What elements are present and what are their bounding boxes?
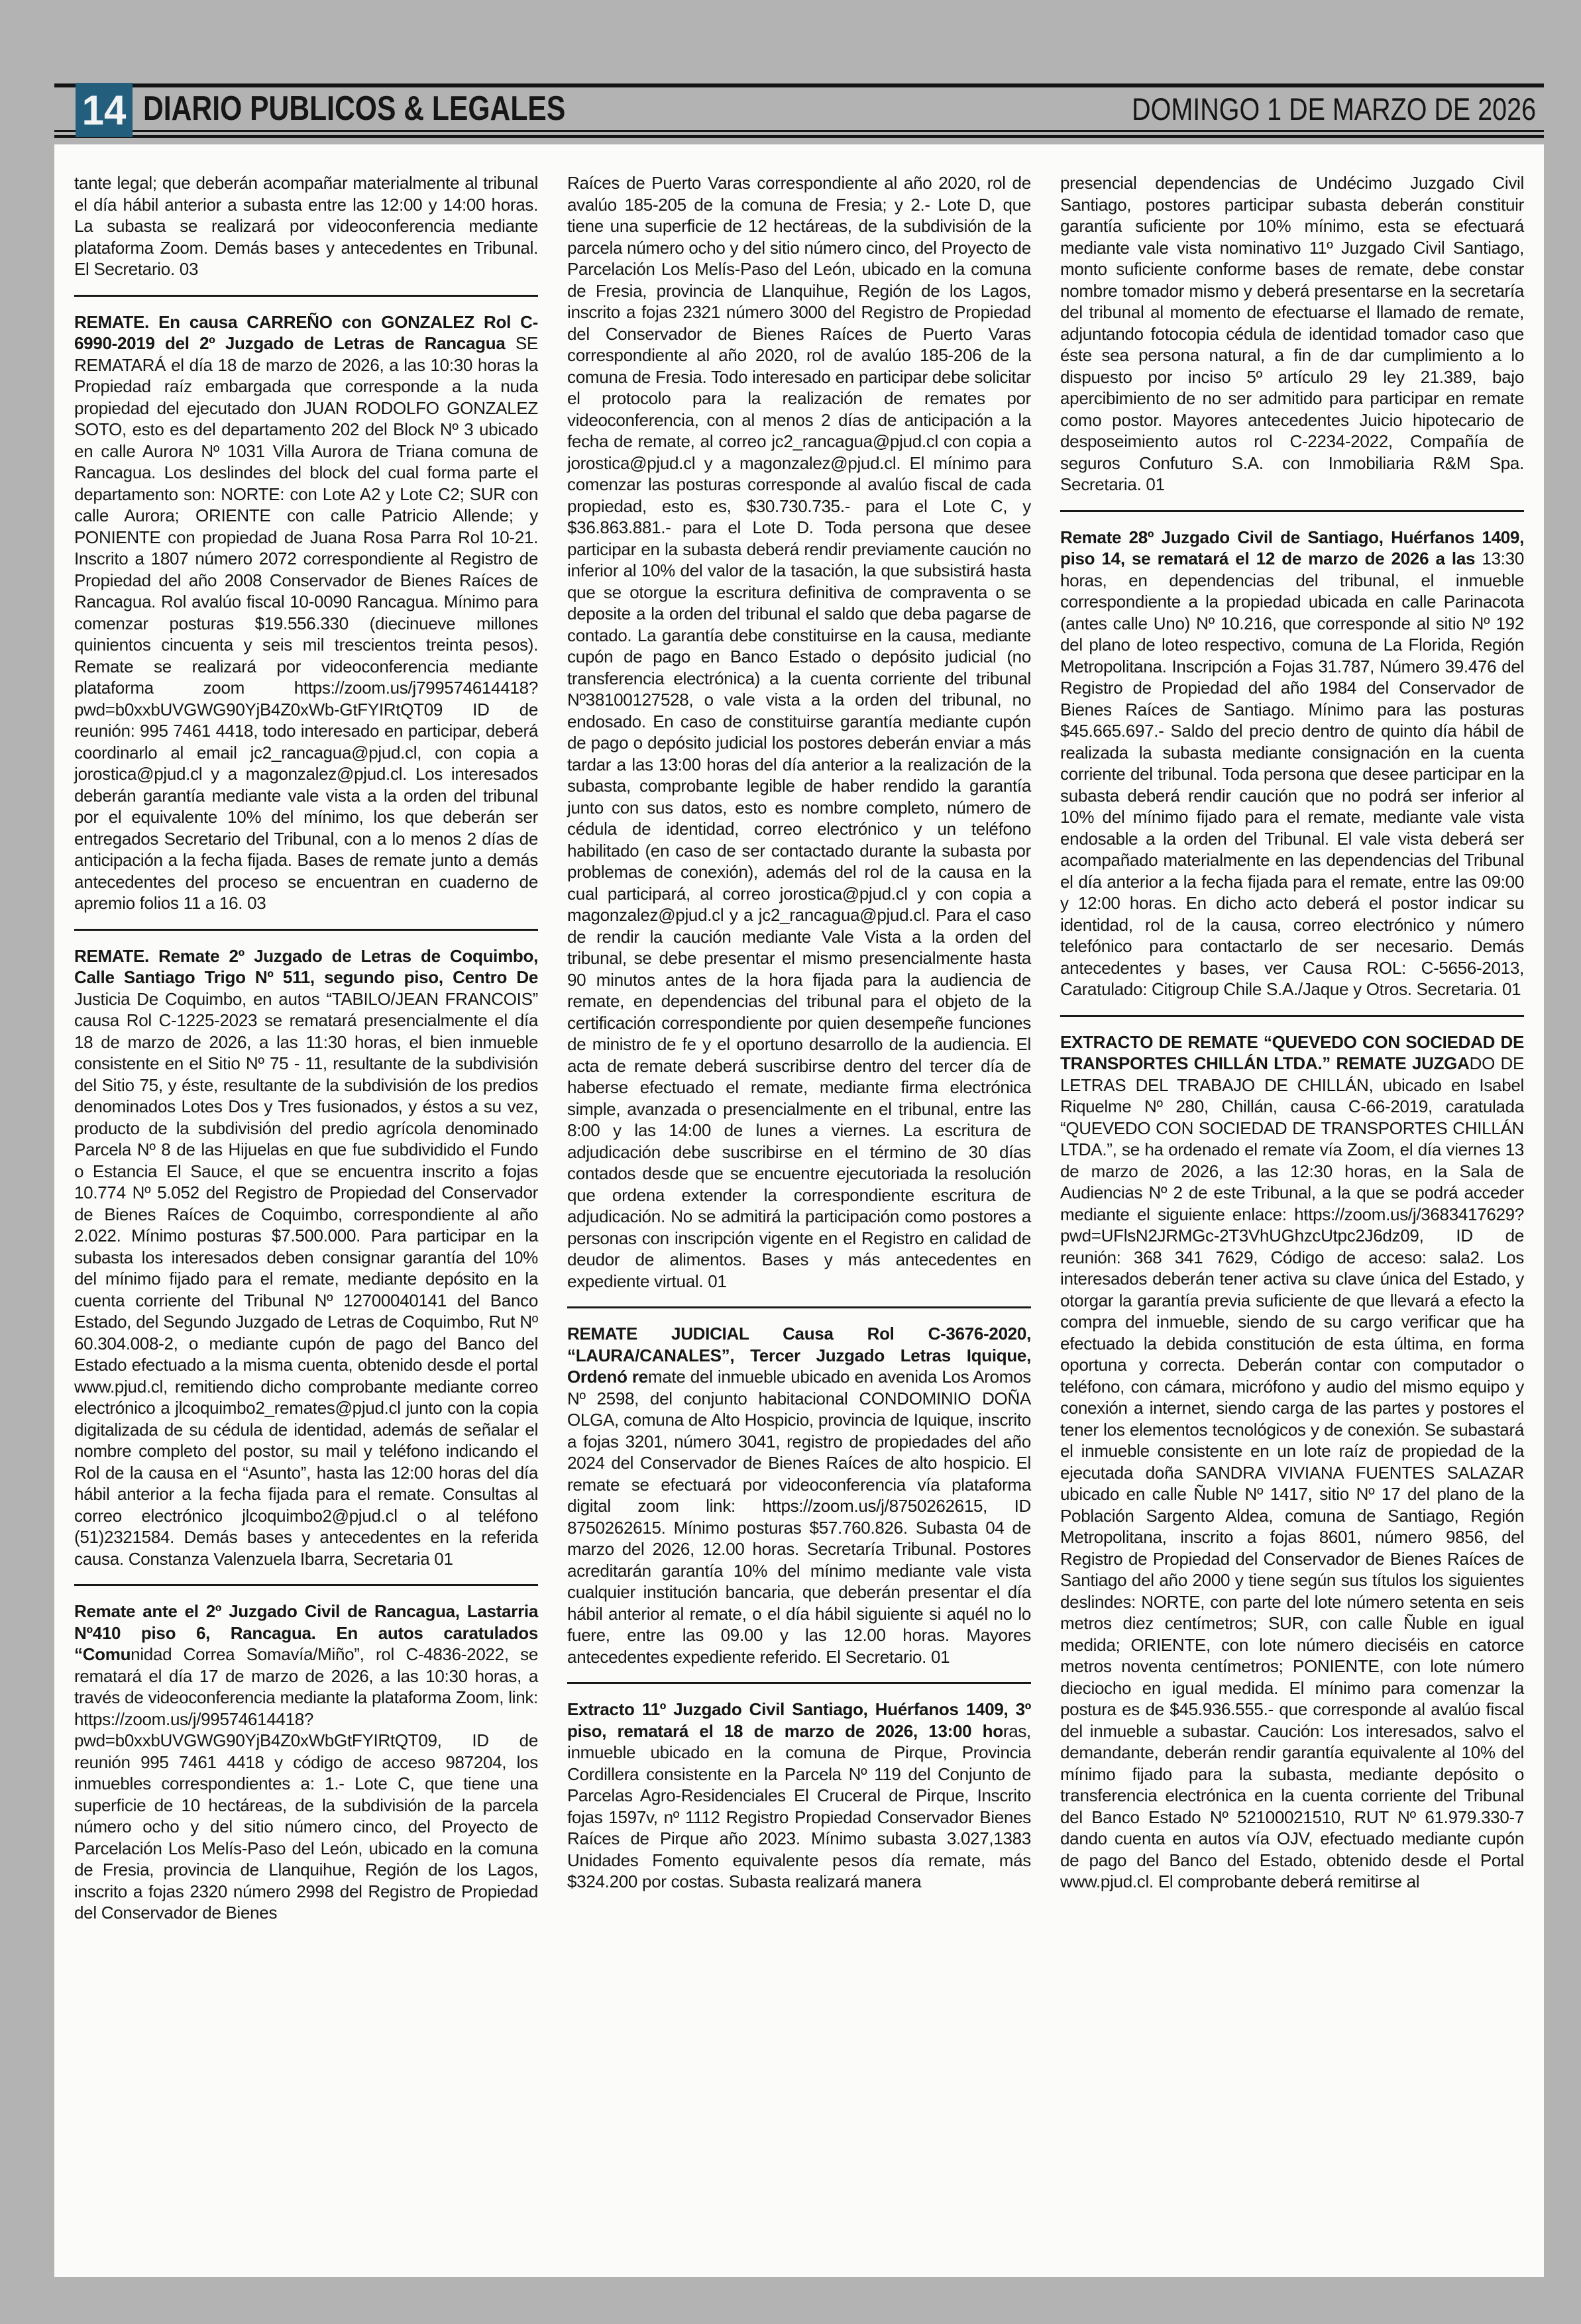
newspaper-title: DIARIO PUBLICOS & LEGALES: [143, 89, 565, 129]
notice-body-run: Raíces de Puerto Varas correspondiente a…: [567, 173, 1031, 1291]
notice-body-run: presencial dependencias de Undécimo Juzg…: [1060, 173, 1524, 494]
page-number: 14: [82, 86, 127, 134]
notice-remate-judicial-laura-canales: REMATE JUDICIAL Causa Rol C-3676-2020, “…: [567, 1323, 1031, 1667]
notice-continuation-undecimo-juzgado: presencial dependencias de Undécimo Juzg…: [1060, 172, 1524, 496]
notice-text: Remate ante el 2º Juzgado Civil de Ranca…: [74, 1601, 538, 1924]
notice-body-run: nidad Correa Somavía/Miño”, rol C-4836-2…: [74, 1644, 538, 1923]
notice-text: Remate 28º Juzgado Civil de Santiago, Hu…: [1060, 527, 1524, 1000]
notice-continuation-secretario-03: tante legal; que deberán acompañar mater…: [74, 172, 538, 280]
column-2: Raíces de Puerto Varas correspondiente a…: [567, 172, 1031, 1924]
notice-separator: [1060, 510, 1524, 512]
notice-separator: [74, 295, 538, 297]
notice-separator: [74, 1584, 538, 1586]
page-date: DOMINGO 1 DE MARZO DE 2026: [1132, 91, 1536, 127]
notice-text: REMATE. En causa CARREÑO con GONZALEZ Ro…: [74, 311, 538, 914]
page-header: 14 DIARIO PUBLICOS & LEGALES DOMINGO 1 D…: [54, 83, 1544, 138]
notice-separator: [74, 929, 538, 931]
notice-text: presencial dependencias de Undécimo Juzg…: [1060, 172, 1524, 496]
notice-lead-bold: REMATE. Remate 2º Juzgado de Letras de C…: [74, 946, 538, 988]
notice-body-run: 13:30 horas, en dependencias del tribuna…: [1060, 549, 1524, 999]
notice-body-run: ras, inmueble ubicado en la comuna de Pi…: [567, 1721, 1031, 1892]
notice-body-run: mate del inmueble ubicado en avenida Los…: [567, 1367, 1031, 1667]
notice-extracto-quevedo-chillan: EXTRACTO DE REMATE “QUEVEDO CON SOCIEDAD…: [1060, 1031, 1524, 1893]
notice-text: REMATE. Remate 2º Juzgado de Letras de C…: [74, 945, 538, 1570]
notice-remate-rancagua-comunidad-correa: Remate ante el 2º Juzgado Civil de Ranca…: [74, 1601, 538, 1924]
notice-separator: [567, 1682, 1031, 1684]
notice-separator: [1060, 1015, 1524, 1017]
notice-lead-bold: Remate 28º Juzgado Civil de Santiago, Hu…: [1060, 527, 1524, 569]
notice-separator: [567, 1306, 1031, 1308]
header-bar: 14 DIARIO PUBLICOS & LEGALES DOMINGO 1 D…: [54, 83, 1544, 132]
notice-body-run: DO DE LETRAS DEL TRABAJO DE CHILLÁN, ubi…: [1060, 1053, 1524, 1891]
page-number-box: 14: [76, 83, 133, 137]
notice-text: EXTRACTO DE REMATE “QUEVEDO CON SOCIEDAD…: [1060, 1031, 1524, 1893]
newspaper-page: 14 DIARIO PUBLICOS & LEGALES DOMINGO 1 D…: [0, 0, 1581, 2324]
notice-text: REMATE JUDICIAL Causa Rol C-3676-2020, “…: [567, 1323, 1031, 1667]
notice-text: Raíces de Puerto Varas correspondiente a…: [567, 172, 1031, 1292]
notice-extracto-11-juzgado-pirque: Extracto 11º Juzgado Civil Santiago, Hué…: [567, 1699, 1031, 1893]
notice-remate-28-juzgado-parinacota: Remate 28º Juzgado Civil de Santiago, Hu…: [1060, 527, 1524, 1000]
header-rule: [54, 135, 1544, 138]
notice-lead-bold: EXTRACTO DE REMATE “QUEVEDO CON SOCIEDAD…: [1060, 1032, 1524, 1074]
notice-remate-coquimbo-tabilo: REMATE. Remate 2º Juzgado de Letras de C…: [74, 945, 538, 1570]
legal-notices-paper: tante legal; que deberán acompañar mater…: [54, 144, 1544, 2277]
notice-body-run: SE REMATARÁ el día 18 de marzo de 2026, …: [74, 333, 538, 913]
notice-lead-bold: Extracto 11º Juzgado Civil Santiago, Hué…: [567, 1699, 1031, 1741]
column-1: tante legal; que deberán acompañar mater…: [74, 172, 538, 1924]
notice-body-run: Justicia De Coquimbo, en autos “TABILO/J…: [74, 989, 538, 1569]
notice-lead-bold: REMATE. En causa CARREÑO con GONZALEZ Ro…: [74, 312, 538, 354]
notice-remate-carreno-gonzalez: REMATE. En causa CARREÑO con GONZALEZ Ro…: [74, 311, 538, 914]
notice-text: Extracto 11º Juzgado Civil Santiago, Hué…: [567, 1699, 1031, 1893]
notice-continuation-lote-d-fresia: Raíces de Puerto Varas correspondiente a…: [567, 172, 1031, 1292]
notice-body-run: tante legal; que deberán acompañar mater…: [74, 173, 538, 279]
columns-container: tante legal; que deberán acompañar mater…: [74, 172, 1528, 1924]
notice-text: tante legal; que deberán acompañar mater…: [74, 172, 538, 280]
column-3: presencial dependencias de Undécimo Juzg…: [1060, 172, 1524, 1924]
